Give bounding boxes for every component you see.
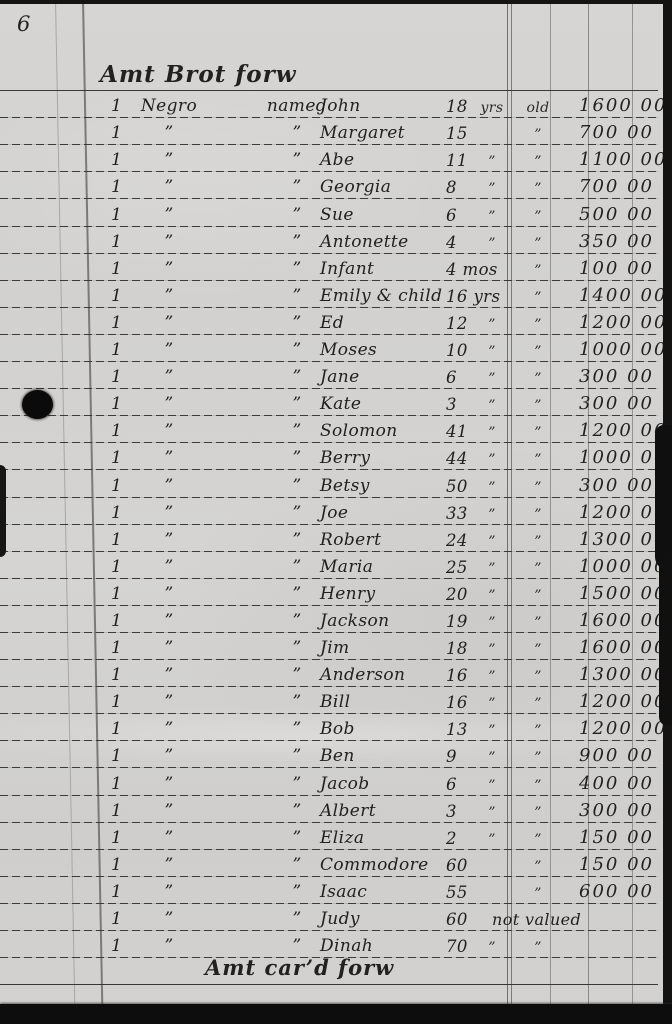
- description-cell: ”: [133, 719, 205, 739]
- scan-edge-blotch: [655, 425, 672, 570]
- name-cell: Dinah: [320, 936, 373, 956]
- amount-cell: 500 00: [579, 204, 654, 225]
- age-cell: 44: [446, 449, 468, 468]
- quantity-cell: 1: [111, 638, 122, 658]
- amount-cell: 700 00: [579, 122, 654, 143]
- quantity-cell: 1: [111, 367, 122, 387]
- ledger-entry-row: 1 ” ” Robert 24 ” ” 1300 00: [0, 525, 672, 552]
- name-cell: Moses: [320, 340, 377, 360]
- old-ditto-cell: ”: [516, 236, 560, 252]
- old-ditto-cell: ”: [516, 371, 560, 387]
- name-cell: Sue: [320, 205, 354, 225]
- ledger-entry-row: 1 ” ” Ed 12 ” ” 1200 00: [0, 308, 672, 335]
- age-cell: 41: [446, 422, 468, 441]
- ledger-entry-row: 1 ” ” Kate 3 ” ” 300 00: [0, 389, 672, 416]
- ledger-entry-row: 1 ” ” Berry 44 ” ” 1000 00: [0, 443, 672, 470]
- amount-cell: 900 00: [579, 745, 654, 766]
- name-cell: Emily & child: [320, 286, 442, 306]
- old-ditto-cell: ”: [516, 154, 560, 170]
- amount-cell: 400 00: [579, 773, 654, 794]
- name-cell: Henry: [320, 584, 376, 604]
- age-cell: 24: [446, 531, 468, 550]
- description-cell: ”: [133, 611, 205, 631]
- old-ditto-cell: ”: [516, 209, 560, 225]
- name-cell: Judy: [320, 909, 360, 929]
- age-cell: 2: [446, 829, 457, 848]
- name-cell: Betsy: [320, 476, 370, 496]
- years-ditto-cell: ”: [470, 778, 514, 794]
- old-ditto-cell: ”: [516, 940, 560, 956]
- description-cell: ”: [133, 503, 205, 523]
- old-ditto-cell: ”: [516, 263, 560, 279]
- old-ditto-cell: ”: [516, 805, 560, 821]
- ledger-entry-row: 1 ” ” Isaac 55 ” 600 00: [0, 877, 672, 904]
- ledger-entry-row: 1 ” ” Betsy 50 ” ” 300 00: [0, 470, 672, 497]
- description-cell: ”: [133, 394, 205, 414]
- age-cell: 55: [446, 883, 468, 902]
- quantity-cell: 1: [111, 286, 122, 306]
- description-cell: ”: [133, 530, 205, 550]
- quantity-cell: 1: [111, 882, 122, 902]
- quantity-cell: 1: [111, 205, 122, 225]
- amount-cell: 350 00: [579, 231, 654, 252]
- scan-edge-top: [0, 0, 672, 4]
- ledger-entry-row: 1 ” ” Emily & child 16 yrs ” 1400 00: [0, 281, 672, 308]
- quantity-cell: 1: [111, 801, 122, 821]
- description-cell: ”: [133, 746, 205, 766]
- ledger-entry-row: 1 Negro named John 18 yrs old 1600 00: [0, 91, 672, 118]
- amount-cell: 300 00: [579, 475, 654, 496]
- years-ditto-cell: ”: [470, 154, 514, 170]
- scan-edge-blotch: [0, 465, 6, 557]
- age-cell: 8: [446, 178, 457, 197]
- age-cell: 3: [446, 395, 457, 414]
- quantity-cell: 1: [111, 719, 122, 739]
- quantity-cell: 1: [111, 150, 122, 170]
- name-cell: Infant: [320, 259, 374, 279]
- quantity-cell: 1: [111, 611, 122, 631]
- age-cell: 13: [446, 720, 468, 739]
- age-cell: 33: [446, 504, 468, 523]
- old-ditto-cell: ”: [516, 507, 560, 523]
- ledger-entry-row: 1 ” ” Judy 60 not valued: [0, 904, 672, 931]
- quantity-cell: 1: [111, 530, 122, 550]
- name-cell: Albert: [320, 801, 376, 821]
- quantity-cell: 1: [111, 421, 122, 441]
- name-cell: Robert: [320, 530, 381, 550]
- name-cell: Jim: [320, 638, 350, 658]
- quantity-cell: 1: [111, 584, 122, 604]
- years-ditto-cell: ”: [470, 398, 514, 414]
- age-cell: 3: [446, 802, 457, 821]
- description-cell: ”: [133, 313, 205, 333]
- old-ditto-cell: ”: [516, 452, 560, 468]
- name-cell: Jane: [320, 367, 360, 387]
- ledger-entry-row: 1 ” ” Jacob 6 ” ” 400 00: [0, 768, 672, 795]
- quantity-cell: 1: [111, 909, 122, 929]
- name-cell: Berry: [320, 448, 370, 468]
- amount-cell: 300 00: [579, 800, 654, 821]
- quantity-cell: 1: [111, 503, 122, 523]
- quantity-cell: 1: [111, 746, 122, 766]
- amount-cell: 1600 00: [579, 610, 667, 631]
- old-ditto-cell: ”: [516, 723, 560, 739]
- ledger-entry-row: 1 ” ” Jane 6 ” ” 300 00: [0, 362, 672, 389]
- age-cell: 11: [446, 151, 468, 170]
- ledger-entry-row: 1 ” ” Ben 9 ” ” 900 00: [0, 741, 672, 768]
- ledger-entry-row: 1 ” ” Eliza 2 ” ” 150 00: [0, 823, 672, 850]
- age-cell: 18: [446, 639, 468, 658]
- description-cell: ”: [133, 232, 205, 252]
- amount-carried-forward-label: Amt car’d forw: [205, 955, 394, 980]
- ledger-entry-row: 1 ” ” Joe 33 ” ” 1200 00: [0, 498, 672, 525]
- description-cell: ”: [133, 774, 205, 794]
- years-ditto-cell: ”: [470, 480, 514, 496]
- description-cell: ”: [133, 150, 205, 170]
- years-ditto-cell: ”: [470, 425, 514, 441]
- years-ditto-cell: ”: [470, 940, 514, 956]
- years-ditto-cell: ”: [470, 723, 514, 739]
- years-ditto-cell: ”: [470, 642, 514, 658]
- old-ditto-cell: ”: [516, 398, 560, 414]
- ledger-entry-row: 1 ” ” Infant 4 mos ” 100 00: [0, 254, 672, 281]
- quantity-cell: 1: [111, 476, 122, 496]
- old-ditto-cell: ”: [516, 480, 560, 496]
- description-cell: ”: [133, 448, 205, 468]
- ledger-entry-row: 1 ” ” Jim 18 ” ” 1600 00: [0, 633, 672, 660]
- quantity-cell: 1: [111, 394, 122, 414]
- name-cell: Margaret: [320, 123, 405, 143]
- amount-cell: 1600 00: [579, 637, 667, 658]
- quantity-cell: 1: [111, 232, 122, 252]
- name-cell: Ben: [320, 746, 355, 766]
- age-cell: 4 mos: [446, 260, 498, 279]
- age-cell: 60: [446, 856, 468, 875]
- old-ditto-cell: old: [516, 100, 560, 116]
- description-cell: ”: [133, 828, 205, 848]
- name-cell: Jacob: [320, 774, 370, 794]
- old-ditto-cell: ”: [516, 750, 560, 766]
- amount-cell: 300 00: [579, 393, 654, 414]
- old-ditto-cell: ”: [516, 886, 560, 902]
- ledger-entry-row: 1 ” ” Sue 6 ” ” 500 00: [0, 199, 672, 226]
- ledger-entry-row: 1 ” ” Georgia 8 ” ” 700 00: [0, 172, 672, 199]
- age-cell: 60: [446, 910, 468, 929]
- footer-row: Amt car’d forw: [0, 958, 672, 985]
- amount-cell: 600 00: [579, 881, 654, 902]
- description-cell: ”: [133, 801, 205, 821]
- ledger-entry-row: 1 ” ” Moses 10 ” ” 1000 00: [0, 335, 672, 362]
- old-ditto-cell: ”: [516, 290, 560, 306]
- age-cell: 18: [446, 97, 468, 116]
- description-cell: Negro: [133, 96, 205, 116]
- description-cell: ”: [133, 936, 205, 956]
- age-cell: 15: [446, 124, 468, 143]
- name-cell: Maria: [320, 557, 373, 577]
- years-ditto-cell: ”: [470, 209, 514, 225]
- name-cell: Abe: [320, 150, 354, 170]
- amount-cell: 300 00: [579, 366, 654, 387]
- old-ditto-cell: ”: [516, 317, 560, 333]
- name-cell: Joe: [320, 503, 348, 523]
- ledger-entry-row: 1 ” ” Maria 25 ” ” 1000 00: [0, 552, 672, 579]
- years-ditto-cell: yrs: [470, 100, 514, 116]
- description-cell: ”: [133, 177, 205, 197]
- years-ditto-cell: ”: [470, 696, 514, 712]
- old-ditto-cell: ”: [516, 615, 560, 631]
- amount-brought-forward-label: Amt Brot forw: [100, 61, 297, 88]
- quantity-cell: 1: [111, 259, 122, 279]
- ledger-entry-row: 1 ” ” Abe 11 ” ” 1100 00: [0, 145, 672, 172]
- quantity-cell: 1: [111, 855, 122, 875]
- note-cell: not valued: [492, 910, 581, 929]
- name-cell: Anderson: [320, 665, 405, 685]
- old-ditto-cell: ”: [516, 778, 560, 794]
- amount-cell: 1200 00: [579, 718, 667, 739]
- quantity-cell: 1: [111, 828, 122, 848]
- years-ditto-cell: ”: [470, 615, 514, 631]
- amount-cell: 100 00: [579, 258, 654, 279]
- age-cell: 50: [446, 477, 468, 496]
- old-ditto-cell: ”: [516, 344, 560, 360]
- ledger-page: 6 Amt Brot forw 1 Negro named John 18 yr…: [0, 0, 672, 1024]
- ruled-line: [0, 984, 658, 985]
- description-cell: ”: [133, 205, 205, 225]
- scan-edge-bottom: [0, 1004, 672, 1024]
- age-cell: 9: [446, 747, 457, 766]
- age-cell: 6: [446, 368, 457, 387]
- amount-cell: 1300 00: [579, 664, 667, 685]
- name-cell: Isaac: [320, 882, 367, 902]
- old-ditto-cell: ”: [516, 642, 560, 658]
- description-cell: ”: [133, 123, 205, 143]
- amount-cell: 1100 00: [579, 149, 667, 170]
- ledger-entry-row: 1 ” ” Henry 20 ” ” 1500 00: [0, 579, 672, 606]
- page-number: 6: [17, 12, 30, 36]
- age-cell: 10: [446, 341, 468, 360]
- quantity-cell: 1: [111, 313, 122, 333]
- description-cell: ”: [133, 286, 205, 306]
- age-cell: 20: [446, 585, 468, 604]
- quantity-cell: 1: [111, 557, 122, 577]
- header-row: Amt Brot forw: [0, 64, 672, 91]
- quantity-cell: 1: [111, 448, 122, 468]
- quantity-cell: 1: [111, 177, 122, 197]
- description-cell: ”: [133, 421, 205, 441]
- quantity-cell: 1: [111, 123, 122, 143]
- years-ditto-cell: ”: [470, 344, 514, 360]
- name-cell: Georgia: [320, 177, 391, 197]
- amount-cell: 1200 00: [579, 691, 667, 712]
- years-ditto-cell: ”: [470, 236, 514, 252]
- years-ditto-cell: ”: [470, 317, 514, 333]
- name-cell: Bill: [320, 692, 350, 712]
- quantity-cell: 1: [111, 774, 122, 794]
- old-ditto-cell: ”: [516, 859, 560, 875]
- ledger-entry-row: 1 ” ” Bill 16 ” ” 1200 00: [0, 687, 672, 714]
- name-cell: John: [320, 96, 361, 116]
- description-cell: ”: [133, 259, 205, 279]
- age-cell: 6: [446, 775, 457, 794]
- name-cell: Ed: [320, 313, 344, 333]
- old-ditto-cell: ”: [516, 425, 560, 441]
- age-cell: 19: [446, 612, 468, 631]
- amount-cell: 1200 00: [579, 312, 667, 333]
- description-cell: ”: [133, 584, 205, 604]
- ledger-entry-row: 1 ” ” Solomon 41 ” ” 1200 00: [0, 416, 672, 443]
- quantity-cell: 1: [111, 96, 122, 116]
- description-cell: ”: [133, 882, 205, 902]
- ledger-entry-row: 1 ” ” Commodore 60 ” 150 00: [0, 850, 672, 877]
- quantity-cell: 1: [111, 340, 122, 360]
- name-cell: Kate: [320, 394, 361, 414]
- years-ditto-cell: ”: [470, 805, 514, 821]
- age-cell: 16: [446, 693, 468, 712]
- name-cell: Commodore: [320, 855, 429, 875]
- years-ditto-cell: ”: [470, 452, 514, 468]
- ledger-entry-row: 1 ” ” Dinah 70 ” ”: [0, 931, 672, 958]
- quantity-cell: 1: [111, 692, 122, 712]
- years-ditto-cell: ”: [470, 588, 514, 604]
- scan-edge-blotch: [659, 558, 672, 726]
- years-ditto-cell: ”: [470, 561, 514, 577]
- years-ditto-cell: ”: [470, 669, 514, 685]
- ledger-entry-row: 1 ” ” Antonette 4 ” ” 350 00: [0, 227, 672, 254]
- description-cell: ”: [133, 476, 205, 496]
- ledger-entry-row: 1 ” ” Jackson 19 ” ” 1600 00: [0, 606, 672, 633]
- age-cell: 16 yrs: [446, 287, 500, 306]
- description-cell: ”: [133, 665, 205, 685]
- description-cell: ”: [133, 909, 205, 929]
- amount-cell: 150 00: [579, 827, 654, 848]
- name-cell: Jackson: [320, 611, 389, 631]
- old-ditto-cell: ”: [516, 127, 560, 143]
- ledger-entry-row: 1 ” ” Albert 3 ” ” 300 00: [0, 796, 672, 823]
- name-cell: Antonette: [320, 232, 409, 252]
- age-cell: 25: [446, 558, 468, 577]
- old-ditto-cell: ”: [516, 669, 560, 685]
- description-cell: ”: [133, 340, 205, 360]
- years-ditto-cell: ”: [470, 371, 514, 387]
- old-ditto-cell: ”: [516, 832, 560, 848]
- description-cell: ”: [133, 367, 205, 387]
- age-cell: 16: [446, 666, 468, 685]
- amount-cell: 1500 00: [579, 583, 667, 604]
- name-cell: Eliza: [320, 828, 364, 848]
- old-ditto-cell: ”: [516, 534, 560, 550]
- years-ditto-cell: ”: [470, 534, 514, 550]
- amount-cell: 1600 00: [579, 95, 667, 116]
- old-ditto-cell: ”: [516, 561, 560, 577]
- ledger-entry-row: 1 ” ” Margaret 15 ” 700 00: [0, 118, 672, 145]
- amount-cell: 150 00: [579, 854, 654, 875]
- amount-cell: 700 00: [579, 176, 654, 197]
- years-ditto-cell: ”: [470, 750, 514, 766]
- description-cell: ”: [133, 557, 205, 577]
- age-cell: 4: [446, 233, 457, 252]
- name-cell: Solomon: [320, 421, 398, 441]
- amount-cell: 1400 00: [579, 285, 667, 306]
- quantity-cell: 1: [111, 936, 122, 956]
- age-cell: 70: [446, 937, 468, 956]
- description-cell: ”: [133, 692, 205, 712]
- age-cell: 12: [446, 314, 468, 333]
- amount-cell: 1000 00: [579, 339, 667, 360]
- age-cell: 6: [446, 206, 457, 225]
- old-ditto-cell: ”: [516, 588, 560, 604]
- ledger-entry-row: 1 ” ” Bob 13 ” ” 1200 00: [0, 714, 672, 741]
- description-cell: ”: [133, 855, 205, 875]
- years-ditto-cell: ”: [470, 181, 514, 197]
- name-cell: Bob: [320, 719, 355, 739]
- years-ditto-cell: ”: [470, 507, 514, 523]
- old-ditto-cell: ”: [516, 696, 560, 712]
- years-ditto-cell: ”: [470, 832, 514, 848]
- old-ditto-cell: ”: [516, 181, 560, 197]
- quantity-cell: 1: [111, 665, 122, 685]
- punch-hole: [22, 390, 53, 419]
- ledger-entry-row: 1 ” ” Anderson 16 ” ” 1300 00: [0, 660, 672, 687]
- description-cell: ”: [133, 638, 205, 658]
- ledger-rows: Amt Brot forw 1 Negro named John 18 yrs …: [0, 64, 672, 985]
